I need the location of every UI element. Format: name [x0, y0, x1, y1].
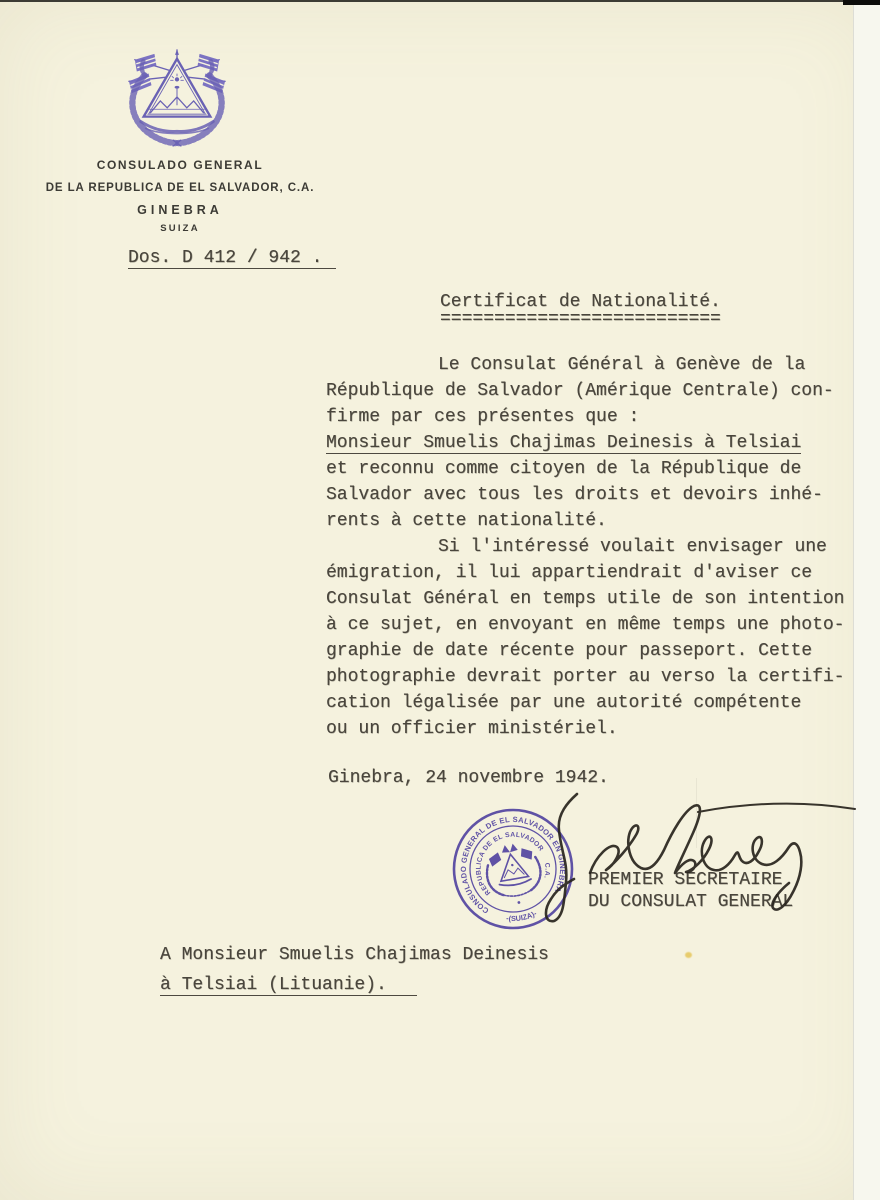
scan-edge-corner	[843, 0, 880, 5]
recipient-name: A Monsieur Smuelis Chajimas Deinesis	[160, 942, 549, 969]
body-line: firme par ces présentes que :	[326, 404, 866, 430]
body-line: émigration, il lui appartiendrait d'avis…	[326, 560, 866, 586]
body-line: ou un officier ministériel.	[326, 716, 866, 742]
letter-body: Le Consulat Général à Genève de la Répub…	[326, 352, 866, 742]
paper-blemish	[685, 952, 692, 958]
document-title: Certificat de Nationalité. =============…	[440, 292, 721, 325]
scanned-certificate-document: CONSULADO GENERAL DE LA REPUBLICA DE EL …	[0, 0, 880, 1200]
letterhead-country: SUIZA	[55, 223, 305, 235]
body-line: et reconnu comme citoyen de la Républiqu…	[326, 456, 866, 482]
dossier-reference: Dos. D 412 / 942 .	[128, 247, 336, 269]
scan-edge-top	[0, 0, 880, 2]
body-line: République de Salvador (Amérique Central…	[326, 378, 866, 404]
letterhead: CONSULADO GENERAL DE LA REPUBLICA DE EL …	[55, 158, 305, 235]
body-line: graphie de date récente pour passeport. …	[326, 638, 866, 664]
letterhead-city: GINEBRA	[55, 204, 305, 217]
body-line: Consulat Général en temps utile de son i…	[326, 586, 866, 612]
signature-autograph	[530, 780, 870, 940]
body-line: Monsieur Smuelis Chajimas Deinesis à Tel…	[326, 430, 866, 456]
recipient-address: A Monsieur Smuelis Chajimas Deinesis à T…	[160, 942, 549, 999]
body-line: photographie devrait porter au verso la …	[326, 664, 866, 690]
recipient-location: à Telsiai (Lituanie).	[160, 972, 549, 999]
letterhead-org-subtitle: DE LA REPUBLICA DE EL SALVADOR, C.A.	[20, 181, 340, 195]
el-salvador-coat-of-arms-icon	[123, 46, 231, 148]
body-line: cation légalisée par une autorité compét…	[326, 690, 866, 716]
body-line: Salvador avec tous les droits et devoirs…	[326, 482, 866, 508]
recipient-location-text: à Telsiai (Lituanie).	[160, 975, 417, 996]
document-title-rule: ==========================	[440, 313, 721, 325]
body-line: à ce sujet, en envoyant en même temps un…	[326, 612, 866, 638]
body-line: Le Consulat Général à Genève de la	[326, 352, 866, 378]
body-line: rents à cette nationalité.	[326, 508, 866, 534]
body-line: Si l'intéressé voulait envisager une	[326, 534, 866, 560]
dossier-number: Dos. D 412 / 942 .	[128, 248, 336, 269]
certified-person-name: Monsieur Smuelis Chajimas Deinesis à Tel…	[326, 433, 801, 454]
letterhead-org-name: CONSULADO GENERAL	[55, 158, 305, 172]
